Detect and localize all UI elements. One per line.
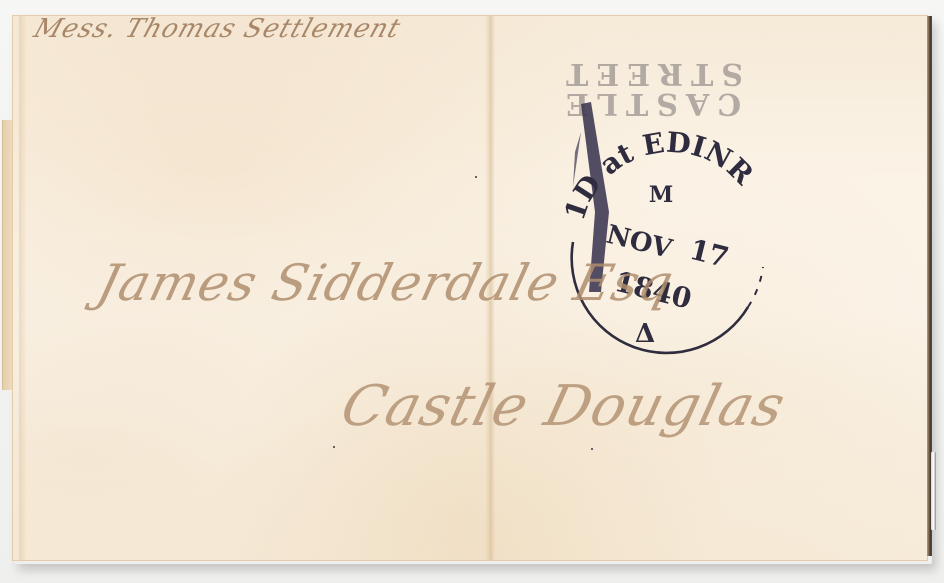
postmark-graphic: 1D at EDINR M NOV 17 1840 Δ <box>543 92 783 362</box>
addressee-town: Castle Douglas <box>335 374 792 439</box>
right-edge-tab <box>931 452 936 530</box>
postmark-slot: M <box>649 182 673 208</box>
left-fold-crease <box>19 16 27 560</box>
postmark: 1D at EDINR M NOV 17 1840 Δ <box>543 92 783 362</box>
postmark-code-triangle: Δ <box>635 319 655 349</box>
scan-background: Mess. Thomas Settlement CASTLE STREET 1D… <box>0 0 944 583</box>
docket-note: Mess. Thomas Settlement <box>30 14 405 44</box>
postmark-day: 17 <box>686 233 732 274</box>
ink-speck <box>591 448 593 450</box>
ink-speck <box>333 446 335 448</box>
ink-speck <box>475 176 477 178</box>
addressee-name: James Sidderdale Esq <box>92 254 680 312</box>
offset-stamp-line2: STREET <box>558 58 818 88</box>
letter-sheet: Mess. Thomas Settlement CASTLE STREET 1D… <box>12 15 928 561</box>
